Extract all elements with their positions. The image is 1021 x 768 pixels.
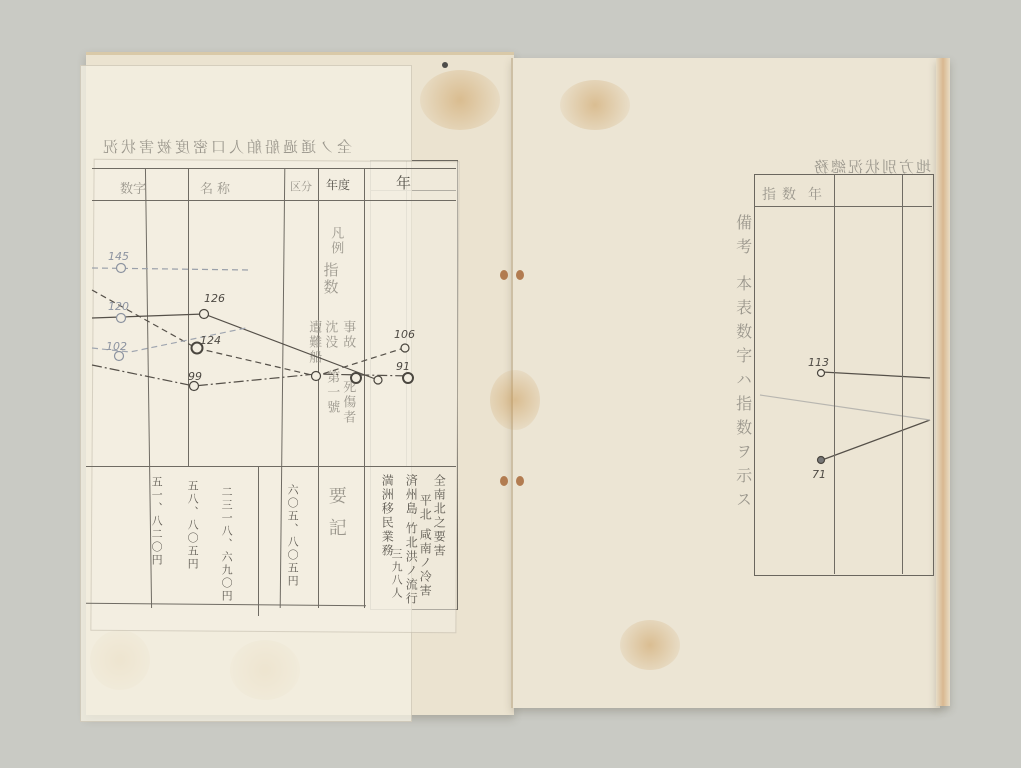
right-header-columns: 指数 <box>762 184 802 204</box>
data-label: 99 <box>188 370 202 383</box>
grid-line <box>834 174 835 574</box>
data-label: 91 <box>396 360 410 373</box>
data-label: 106 <box>394 328 415 341</box>
data-label: 71 <box>812 468 826 481</box>
open-ledger-book: 全ノ通過船舶人口密度被害状況 年 年度 区分 名称 数字 凡例 指数 事故 沈没… <box>0 0 1021 768</box>
data-label: 124 <box>200 334 221 347</box>
series-dash-line-faint <box>92 268 250 270</box>
data-label: 102 <box>106 340 127 353</box>
data-label: 120 <box>108 300 129 313</box>
right-header-year: 年 <box>808 184 822 204</box>
right-vertical-note: 備考 本表数字ハ指数ヲ示ス <box>734 214 752 515</box>
grid-line <box>902 174 903 574</box>
series-dash-line <box>92 290 404 376</box>
data-label: 126 <box>204 292 225 305</box>
data-label: 113 <box>808 356 829 369</box>
right-page-grid <box>754 174 934 576</box>
grid-line <box>754 206 932 207</box>
data-label: 145 <box>108 250 129 263</box>
series-dashdot-line <box>92 365 410 386</box>
